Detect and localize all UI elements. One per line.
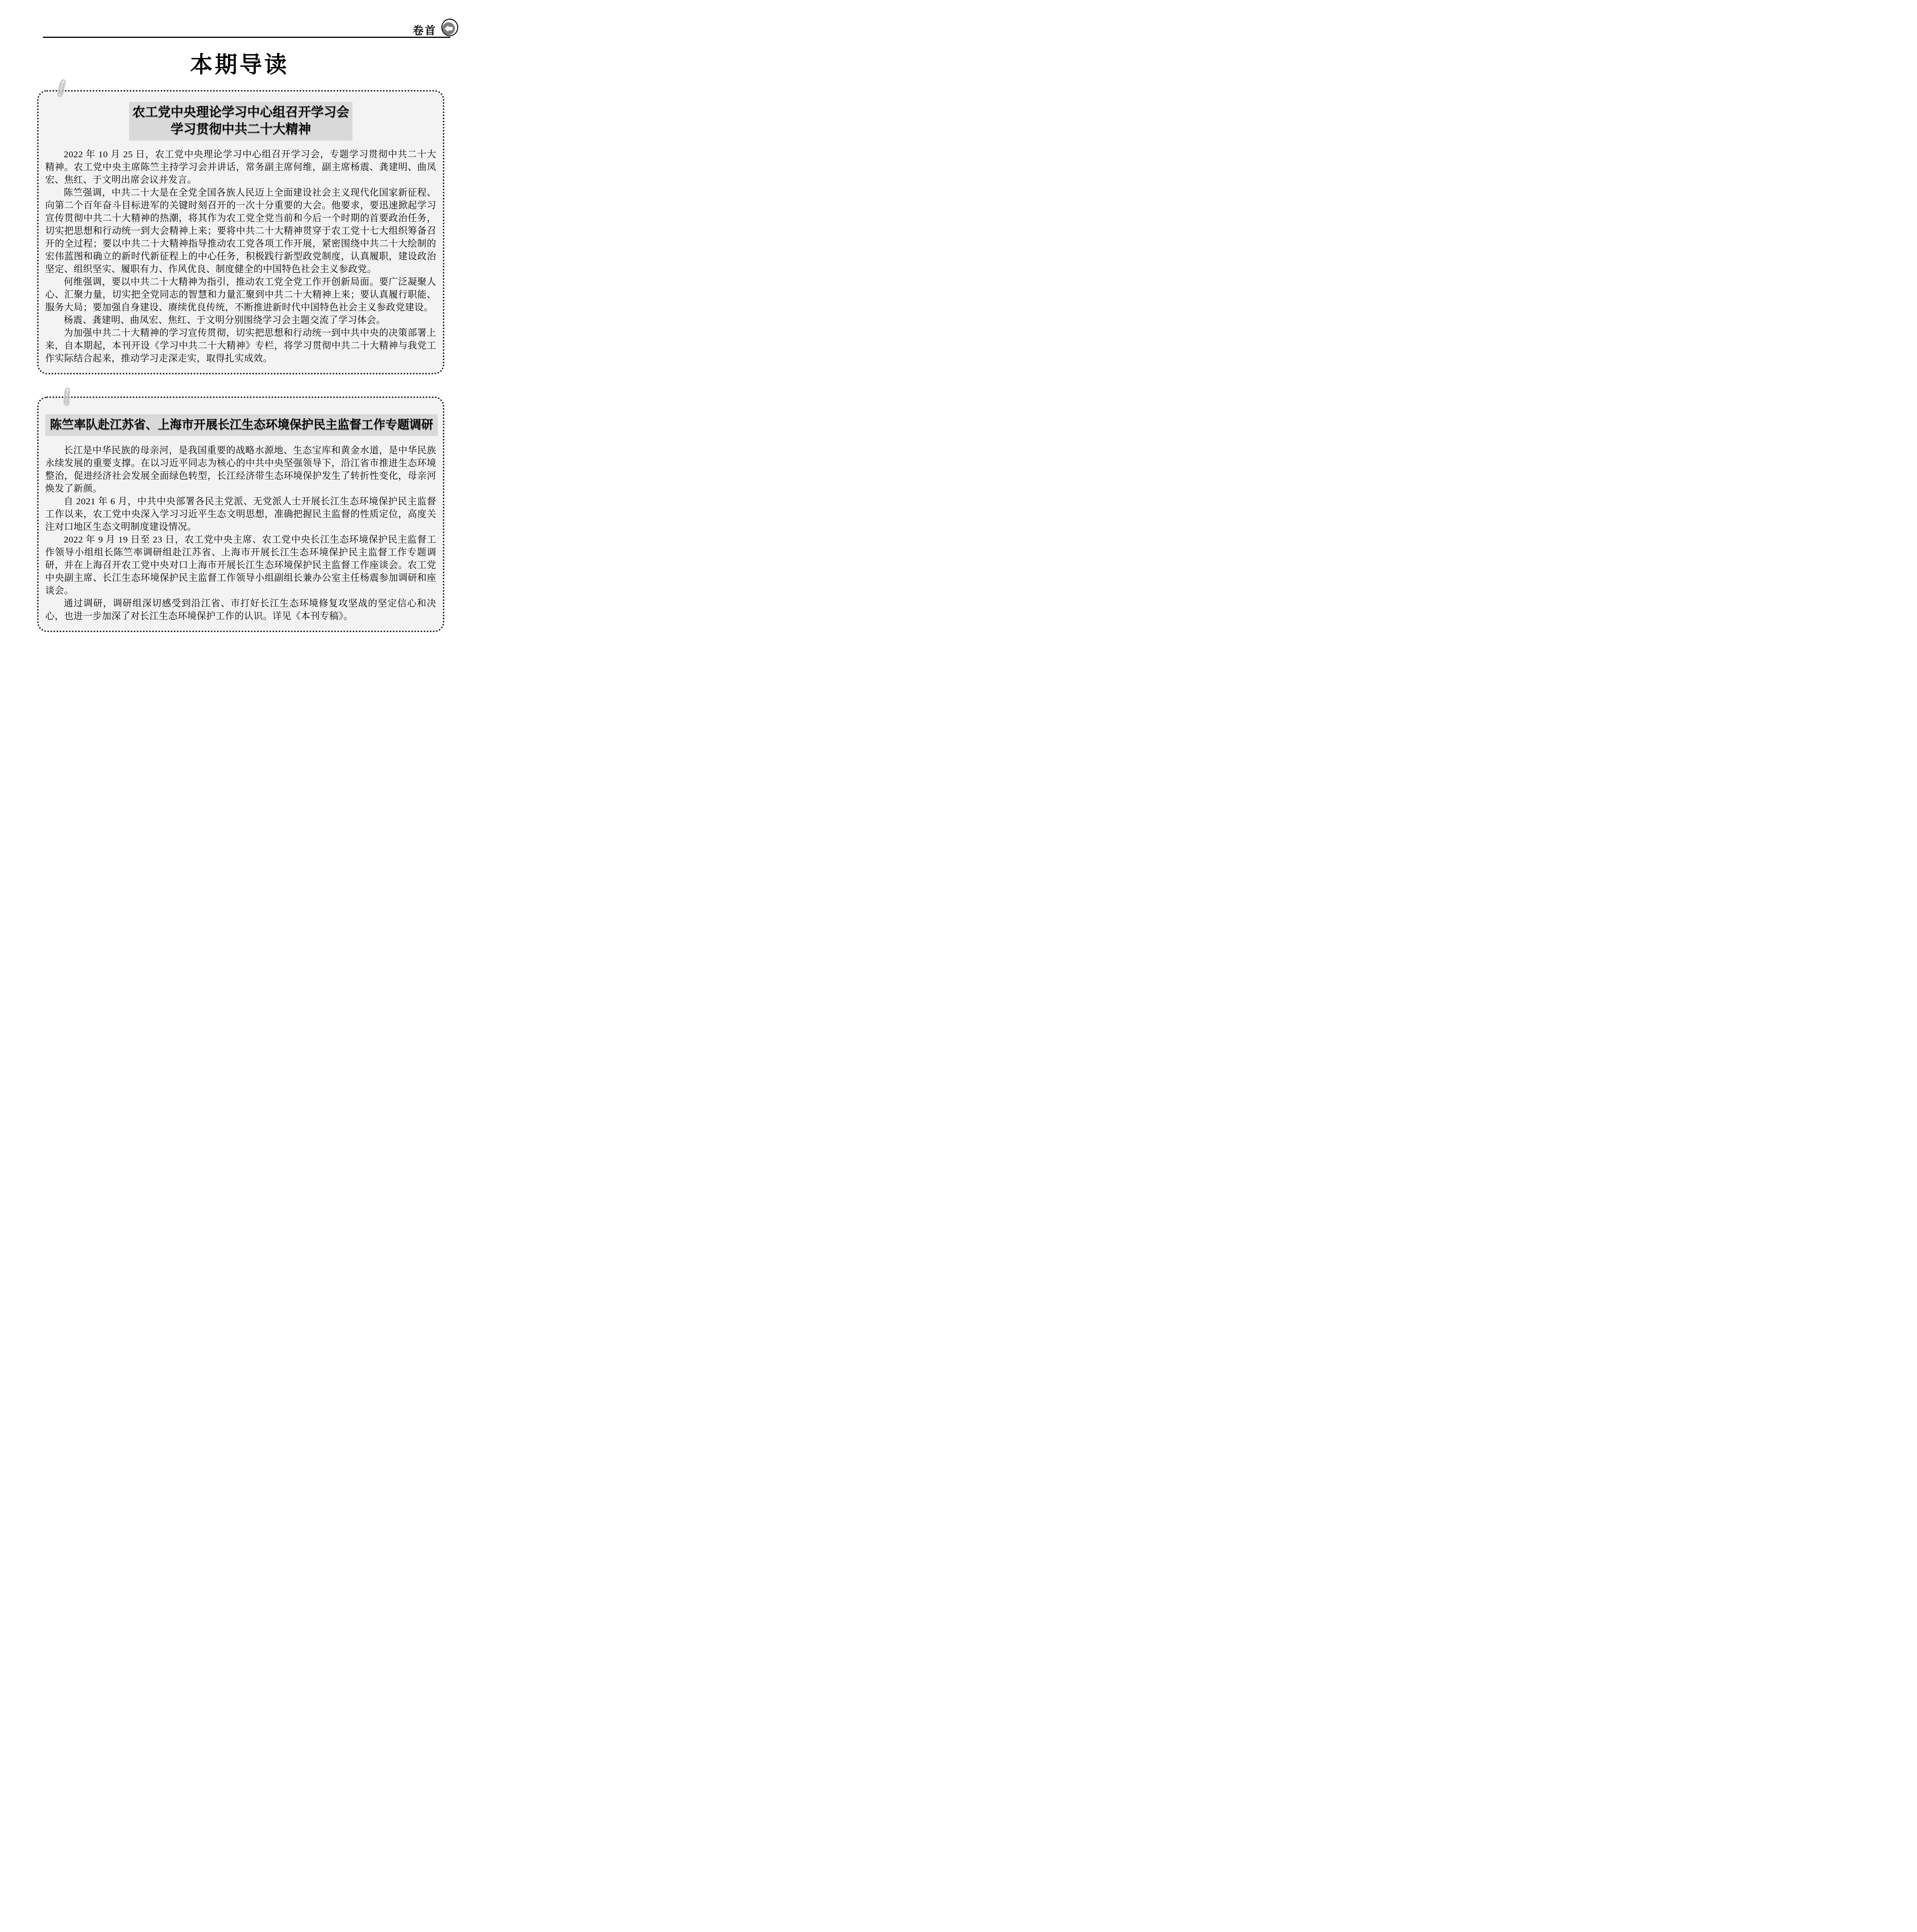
- body-paragraph: 杨震、龚建明、曲凤宏、焦红、于文明分别围绕学习会主题交流了学习体会。: [45, 314, 436, 327]
- body-paragraph: 长江是中华民族的母亲河，是我国重要的战略水源地、生态宝库和黄金水道，是中华民族永…: [45, 444, 436, 495]
- header-rule-divider: [43, 37, 450, 38]
- body-paragraph: 通过调研，调研组深切感受到沿江省、市打好长江生态环境修复攻坚战的坚定信心和决心，…: [45, 597, 436, 623]
- page-title: 本期导读: [0, 0, 479, 76]
- yangtze-research-box: 陈竺率队赴江苏省、上海市开展长江生态环境保护民主监督工作专题调研 长江是中华民族…: [37, 396, 444, 632]
- box-heading-banner: 陈竺率队赴江苏省、上海市开展长江生态环境保护民主监督工作专题调研: [45, 414, 438, 436]
- body-paragraph: 2022 年 10 月 25 日，农工党中央理论学习中心组召开学习会，专题学习贯…: [45, 148, 436, 187]
- box-heading-line: 学习贯彻中共二十大精神: [129, 121, 352, 138]
- magazine-page: 卷首 本期导读 农工党中央理论学习中心组召开学习会 学习贯彻中共二十大精神 20…: [0, 0, 479, 650]
- body-paragraph: 为加强中共二十大精神的学习宣传贯彻，切实把思想和行动统一到中共中央的决策部署上来…: [45, 327, 436, 365]
- body-paragraph: 2022 年 9 月 19 日至 23 日，农工党中央主席、农工党中央长江生态环…: [45, 534, 436, 597]
- body-paragraph: 自 2021 年 6 月，中共中央部署各民主党派、无党派人士开展长江生态环境保护…: [45, 495, 436, 534]
- study-meeting-box: 农工党中央理论学习中心组召开学习会 学习贯彻中共二十大精神 2022 年 10 …: [37, 90, 444, 374]
- section-label: 卷首: [413, 22, 437, 38]
- box-heading-line: 陈竺率队赴江苏省、上海市开展长江生态环境保护民主监督工作专题调研: [45, 417, 438, 432]
- box-heading-line: 农工党中央理论学习中心组召开学习会: [129, 104, 352, 121]
- body-paragraph: 何维强调，要以中共二十大精神为指引，推动农工党全党工作开创新局面。要广泛凝聚人心…: [45, 276, 436, 314]
- paperclip-icon: [61, 385, 71, 409]
- paperclip-icon: [54, 76, 68, 101]
- circle-left-arrow-icon[interactable]: [440, 19, 459, 38]
- body-paragraph: 陈竺强调，中共二十大是在全党全国各族人民迈上全面建设社会主义现代化国家新征程、向…: [45, 187, 436, 276]
- box-heading-banner: 农工党中央理论学习中心组召开学习会 学习贯彻中共二十大精神: [129, 102, 352, 141]
